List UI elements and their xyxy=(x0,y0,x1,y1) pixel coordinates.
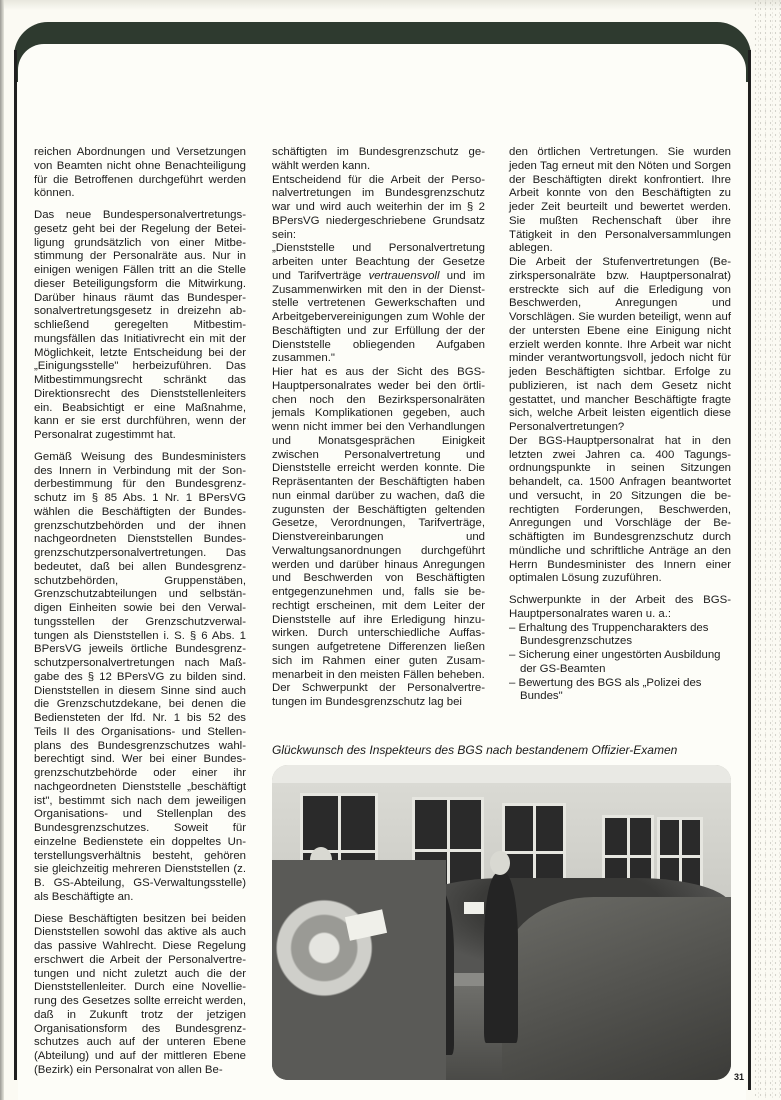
photo-person-head xyxy=(490,851,510,875)
adjacent-page-edge xyxy=(753,0,781,1100)
paragraph: reichen Abordnungen und Versetzun­gen vo… xyxy=(34,146,246,201)
paragraph: den örtlichen Vertretungen. Sie wurden j… xyxy=(509,146,731,256)
photo-front-row xyxy=(502,897,732,1080)
text-column-1: reichen Abordnungen und Versetzun­gen vo… xyxy=(34,146,246,1078)
page-number: 31 xyxy=(734,1072,744,1082)
photo-ceiling xyxy=(272,765,731,783)
photo-person xyxy=(484,873,518,1043)
page-edge-top xyxy=(0,0,781,10)
ceremony-photo xyxy=(272,765,731,1080)
paragraph: Entscheidend für die Arbeit der Perso­na… xyxy=(272,174,485,243)
paragraph: Die Arbeit der Stufenvertretungen (Be­zi… xyxy=(509,256,731,435)
frame-border-left xyxy=(14,50,17,1080)
photo-certificate xyxy=(464,902,484,914)
paragraph: Schwerpunkte in der Arbeit des BGS-Haupt… xyxy=(509,594,731,622)
paragraph: Gemäß Weisung des Bundesministers des In… xyxy=(34,451,246,905)
frame-border-right xyxy=(748,50,751,1090)
paragraph: Der BGS-Hauptpersonalrat hat in den letz… xyxy=(509,435,731,586)
paragraph: Der Schwerpunkt der Personalvertre­tunge… xyxy=(272,682,485,710)
paragraph: Das neue Bundespersonalvertretungs­geset… xyxy=(34,209,246,443)
quote-paragraph: „Dienststelle und Personalvertretung arb… xyxy=(272,242,485,366)
list-item: – Bewertung des BGS als „Polizei des Bun… xyxy=(509,677,731,705)
figure-caption: Glückwunsch des Inspekteurs des BGS nach… xyxy=(272,743,742,757)
text-column-3: den örtlichen Vertretungen. Sie wurden j… xyxy=(509,146,731,704)
list-item: – Sicherung einer ungestörten Ausbil­dun… xyxy=(509,649,731,677)
quote-text: und im Zusammenwirken mit den in der Die… xyxy=(272,270,485,365)
photo-oak-leaves xyxy=(272,860,446,1081)
paragraph: schäftigten im Bundesgrenzschutz ge­wähl… xyxy=(272,146,485,174)
quote-emphasis: vertrauensvoll xyxy=(369,270,440,282)
page-edge-left xyxy=(0,0,4,1100)
list-item: – Erhaltung des Truppencharakters des Bu… xyxy=(509,622,731,650)
paragraph: Hier hat es aus der Sicht des BGS-Hauptp… xyxy=(272,366,485,682)
text-column-2: schäftigten im Bundesgrenzschutz ge­wähl… xyxy=(272,146,485,710)
paragraph: Diese Beschäftigten besitzen bei beiden … xyxy=(34,913,246,1078)
priority-list: – Erhaltung des Truppencharakters des Bu… xyxy=(509,622,731,705)
